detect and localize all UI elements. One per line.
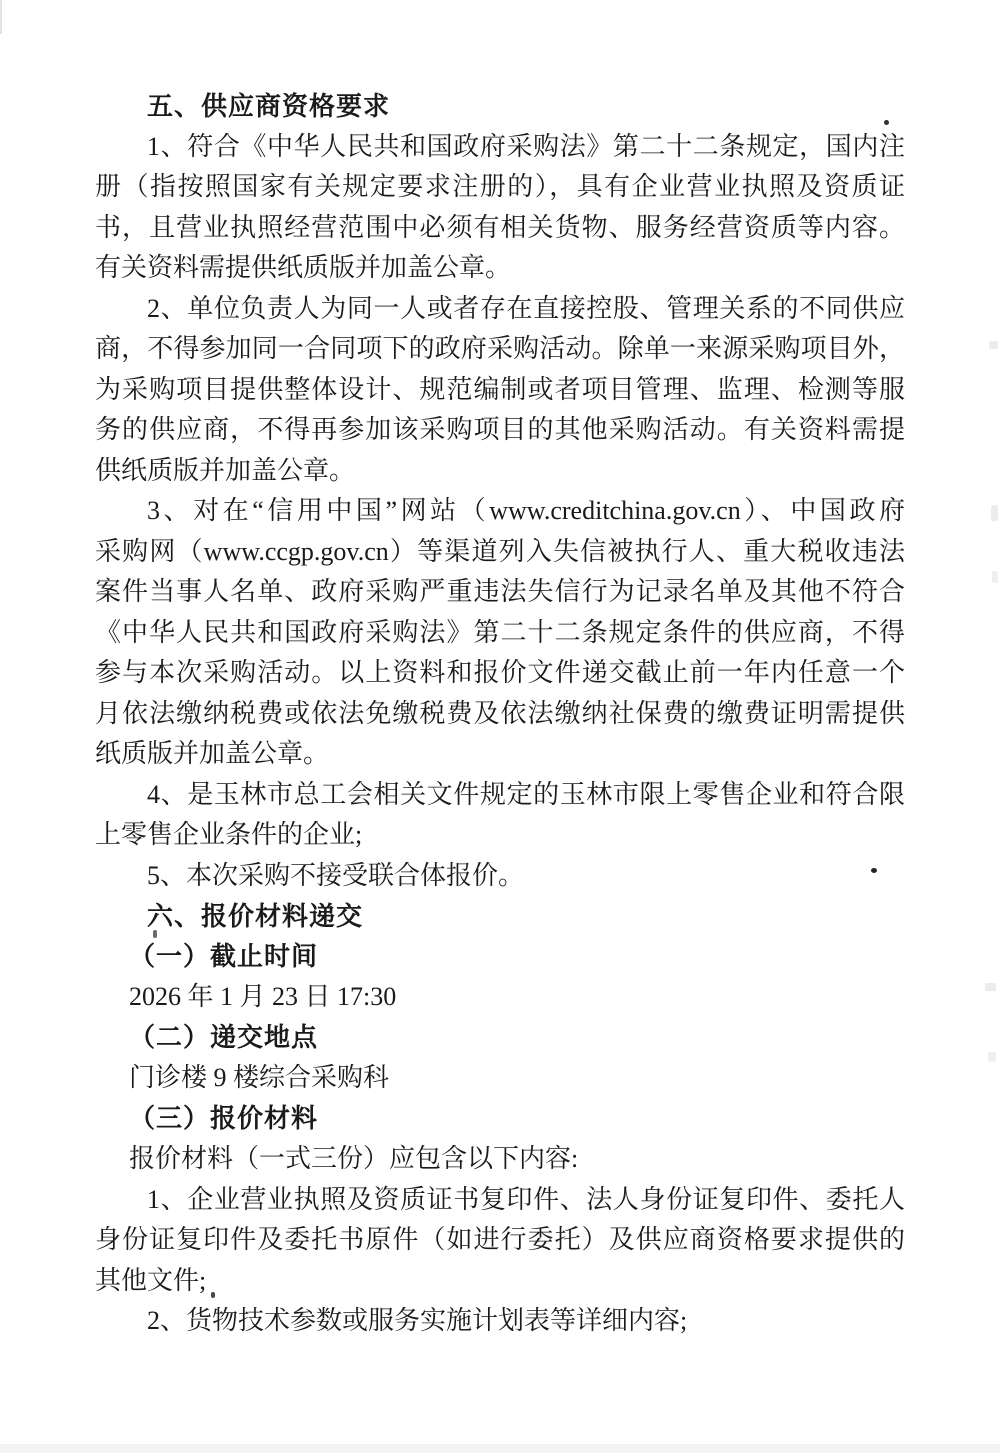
para-4-line-2: 上零售企业条件的企业; bbox=[95, 815, 905, 856]
subhead-deadline: （一）截止时间 bbox=[95, 937, 905, 978]
para-2-line-2: 商，不得参加同一合同项下的政府采购活动。除单一来源采购项目外， bbox=[95, 329, 905, 370]
para-3-line-6: 月依法缴纳税费或依法免缴税费及依法缴纳社保费的缴费证明需提供 bbox=[95, 694, 905, 735]
scan-smudge bbox=[991, 505, 998, 521]
material-2-line: 2、货物技术参数或服务实施计划表等详细内容; bbox=[95, 1301, 905, 1342]
material-1-line-2: 身份证复印件及委托书原件（如进行委托）及供应商资格要求提供的 bbox=[95, 1220, 905, 1261]
subhead-location: （二）递交地点 bbox=[95, 1018, 905, 1059]
scan-speck bbox=[871, 868, 877, 873]
section-5-heading: 五、供应商资格要求 bbox=[95, 86, 905, 127]
scan-edge-line bbox=[0, 0, 2, 34]
para-3-line-7: 纸质版并加盖公章。 bbox=[95, 734, 905, 775]
para-4-line-1: 4、是玉林市总工会相关文件规定的玉林市限上零售企业和符合限 bbox=[95, 775, 905, 816]
scan-smudge bbox=[988, 1052, 996, 1062]
para-1-line-3: 书，且营业执照经营范围中必须有相关货物、服务经营资质等内容。 bbox=[95, 208, 905, 249]
location-value: 门诊楼 9 楼综合采购科 bbox=[95, 1058, 905, 1099]
scan-smudge bbox=[992, 571, 998, 583]
section-6-heading: 六、报价材料递交 bbox=[95, 896, 905, 937]
para-2-line-4: 务的供应商，不得再参加该采购项目的其他采购活动。有关资料需提 bbox=[95, 410, 905, 451]
scan-speck bbox=[884, 120, 889, 125]
para-1-line-1: 1、符合《中华人民共和国政府采购法》第二十二条规定，国内注 bbox=[95, 127, 905, 168]
para-3-line-2: 采购网（www.ccgp.gov.cn）等渠道列入失信被执行人、重大税收违法 bbox=[95, 532, 905, 573]
para-1-line-4: 有关资料需提供纸质版并加盖公章。 bbox=[95, 248, 905, 289]
para-3-line-5: 参与本次采购活动。以上资料和报价文件递交截止前一年内任意一个 bbox=[95, 653, 905, 694]
para-3-line-4: 《中华人民共和国政府采购法》第二十二条规定条件的供应商，不得 bbox=[95, 613, 905, 654]
para-1-line-2: 册（指按照国家有关规定要求注册的），具有企业营业执照及资质证 bbox=[95, 167, 905, 208]
subhead-materials: （三）报价材料 bbox=[95, 1099, 905, 1140]
scan-smudge bbox=[989, 341, 998, 349]
scan-speck bbox=[153, 930, 157, 938]
material-1-line-3: 其他文件; bbox=[95, 1261, 905, 1302]
para-2-line-5: 供纸质版并加盖公章。 bbox=[95, 451, 905, 492]
materials-intro: 报价材料（一式三份）应包含以下内容: bbox=[95, 1139, 905, 1180]
scan-bottom-shade bbox=[0, 1444, 1000, 1453]
material-1-line-1: 1、企业营业执照及资质证书复印件、法人身份证复印件、委托人 bbox=[95, 1180, 905, 1221]
scan-speck bbox=[211, 1292, 215, 1298]
deadline-value: 2026 年 1 月 23 日 17:30 bbox=[95, 977, 905, 1018]
para-2-line-3: 为采购项目提供整体设计、规范编制或者项目管理、监理、检测等服 bbox=[95, 370, 905, 411]
document-page: 五、供应商资格要求 1、符合《中华人民共和国政府采购法》第二十二条规定，国内注 … bbox=[0, 0, 1000, 1342]
para-5: 5、本次采购不接受联合体报价。 bbox=[95, 856, 905, 897]
para-2-line-1: 2、单位负责人为同一人或者存在直接控股、管理关系的不同供应 bbox=[95, 289, 905, 330]
para-3-line-1: 3、对在“信用中国”网站（www.creditchina.gov.cn）、中国政… bbox=[95, 491, 905, 532]
scan-smudge bbox=[985, 983, 996, 991]
para-3-line-3: 案件当事人名单、政府采购严重违法失信行为记录名单及其他不符合 bbox=[95, 572, 905, 613]
